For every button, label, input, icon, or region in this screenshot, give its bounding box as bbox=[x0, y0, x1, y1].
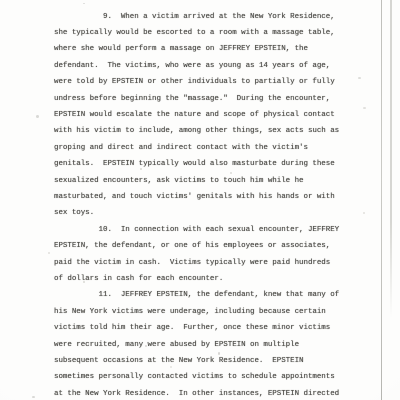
scanned-document-page: 9. When a victim arrived at the New York… bbox=[0, 0, 400, 400]
text-line: groping and direct and indirect contact … bbox=[54, 140, 394, 156]
page-edge-shadow bbox=[390, 0, 392, 318]
text-line: victims told him their age. Further, onc… bbox=[54, 320, 394, 336]
scan-speck bbox=[140, 168, 142, 170]
text-line: with his victim to include, among other … bbox=[54, 123, 394, 139]
text-line: 11. JEFFREY EPSTEIN, the defendant, knew… bbox=[54, 287, 394, 303]
text-line: sexualized encounters, ask victims to to… bbox=[54, 173, 394, 189]
scan-speck bbox=[170, 366, 172, 368]
text-line: of dollars in cash for each encounter. bbox=[54, 271, 394, 287]
text-line: sometimes personally contacted victims t… bbox=[54, 369, 394, 385]
scan-speck bbox=[48, 252, 50, 254]
scan-speck bbox=[358, 77, 361, 79]
text-line: were recruited, many were abused by EPST… bbox=[54, 337, 394, 353]
text-line: 10. In connection with each sexual encou… bbox=[54, 222, 394, 238]
document-text: 9. When a victim arrived at the New York… bbox=[54, 9, 394, 400]
text-line: undress before beginning the "massage." … bbox=[54, 91, 394, 107]
text-line: where she would perform a massage on JEF… bbox=[54, 41, 394, 57]
text-line: his New York victims were underage, incl… bbox=[54, 304, 394, 320]
text-line: EPSTEIN would escalate the nature and sc… bbox=[54, 107, 394, 123]
scan-speck bbox=[218, 352, 220, 355]
scan-speck bbox=[363, 107, 366, 109]
scan-speck bbox=[32, 396, 35, 398]
scan-speck bbox=[363, 212, 365, 214]
page-edge-line bbox=[381, 0, 382, 400]
text-line: at the New York Residence. In other inst… bbox=[54, 386, 394, 400]
text-line: masturbated, and touch victims' genitals… bbox=[54, 189, 394, 205]
text-line: EPSTEIN, the defendant, or one of his em… bbox=[54, 238, 394, 254]
text-line: were told by EPSTEIN or other individual… bbox=[54, 74, 394, 90]
scan-speck bbox=[150, 47, 152, 49]
text-line: sex toys. bbox=[54, 205, 394, 221]
text-line: she typically would be escorted to a roo… bbox=[54, 25, 394, 41]
text-line: paid the victim in cash. Victims typical… bbox=[54, 255, 394, 271]
text-line: defendant. The victims, who were as youn… bbox=[54, 58, 394, 74]
text-line: 9. When a victim arrived at the New York… bbox=[54, 9, 394, 25]
text-line: subsequent occasions at the New York Res… bbox=[54, 353, 394, 369]
scan-speck bbox=[83, 3, 85, 4]
scan-speck bbox=[83, 281, 85, 283]
scan-speck bbox=[145, 345, 147, 347]
text-line: genitals. EPSTEIN typically would also m… bbox=[54, 156, 394, 172]
scan-speck bbox=[36, 115, 39, 118]
scan-speck bbox=[230, 172, 232, 174]
